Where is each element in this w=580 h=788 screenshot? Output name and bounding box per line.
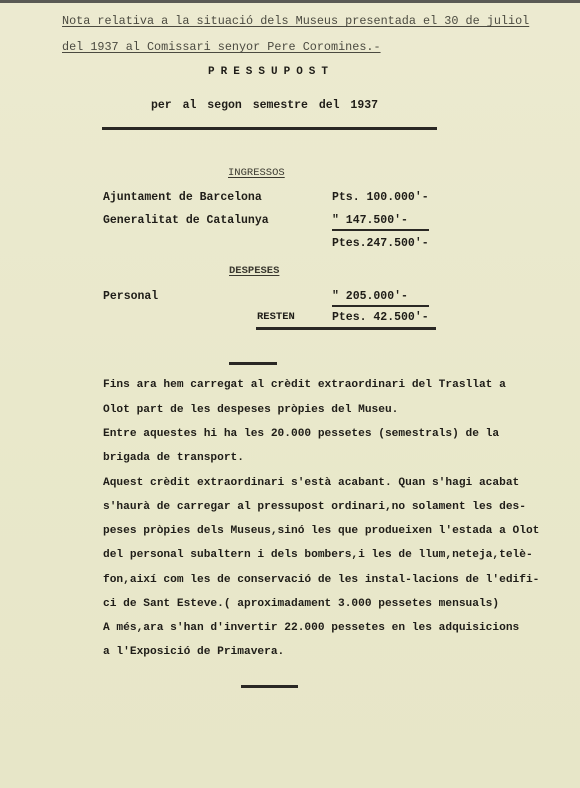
end-divider [241,685,298,688]
body-line: del personal subaltern i dels bombers,i … [103,549,533,561]
section-divider [229,362,277,365]
ingressos-heading: INGRESSOS [228,167,285,179]
page-title: PRESSUPOST [208,66,334,78]
despeses-amount-personal: " 205.000'- [332,290,408,303]
resten-divider [256,327,436,330]
resten-label: RESTEN [257,311,295,323]
page-subtitle: per al segon semestre del 1937 [151,99,378,112]
ingressos-sum-line [332,229,429,231]
body-line: brigada de transport. [103,452,244,464]
body-line: Aquest crèdit extraordinari s'està acaba… [103,477,519,489]
body-line: s'haurà de carregar al pressupost ordina… [103,501,526,513]
despeses-heading: DESPESES [229,265,279,277]
body-line: ci de Sant Esteve.( aproximadament 3.000… [103,598,499,610]
body-line: Olot part de les despeses pròpies del Mu… [103,404,398,416]
ingressos-label-generalitat: Generalitat de Catalunya [103,214,269,227]
header-line-2: del 1937 al Comissari senyor Pere Coromi… [62,40,381,54]
body-line: Entre aquestes hi ha les 20.000 pessetes… [103,428,499,440]
body-line: A més,ara s'han d'invertir 22.000 pesset… [103,622,519,634]
body-line: fon,així com les de conservació de les i… [103,574,539,586]
body-line: Fins ara hem carregat al crèdit extraord… [103,379,506,391]
title-divider [102,127,437,130]
despeses-label-personal: Personal [103,290,158,303]
despeses-sum-line [332,305,429,307]
ingressos-amount-generalitat: " 147.500'- [332,214,408,227]
header-line-1: Nota relativa a la situació dels Museus … [62,14,529,28]
ingressos-label-ajuntament: Ajuntament de Barcelona [103,191,262,204]
ingressos-total: Ptes.247.500'- [332,237,429,250]
resten-amount: Ptes. 42.500'- [332,311,429,324]
ingressos-amount-ajuntament: Pts. 100.000'- [332,191,429,204]
body-line: a l'Exposició de Primavera. [103,646,284,658]
body-line: peses pròpies dels Museus,sinó les que p… [103,525,539,537]
document-page: Nota relativa a la situació dels Museus … [0,3,580,788]
